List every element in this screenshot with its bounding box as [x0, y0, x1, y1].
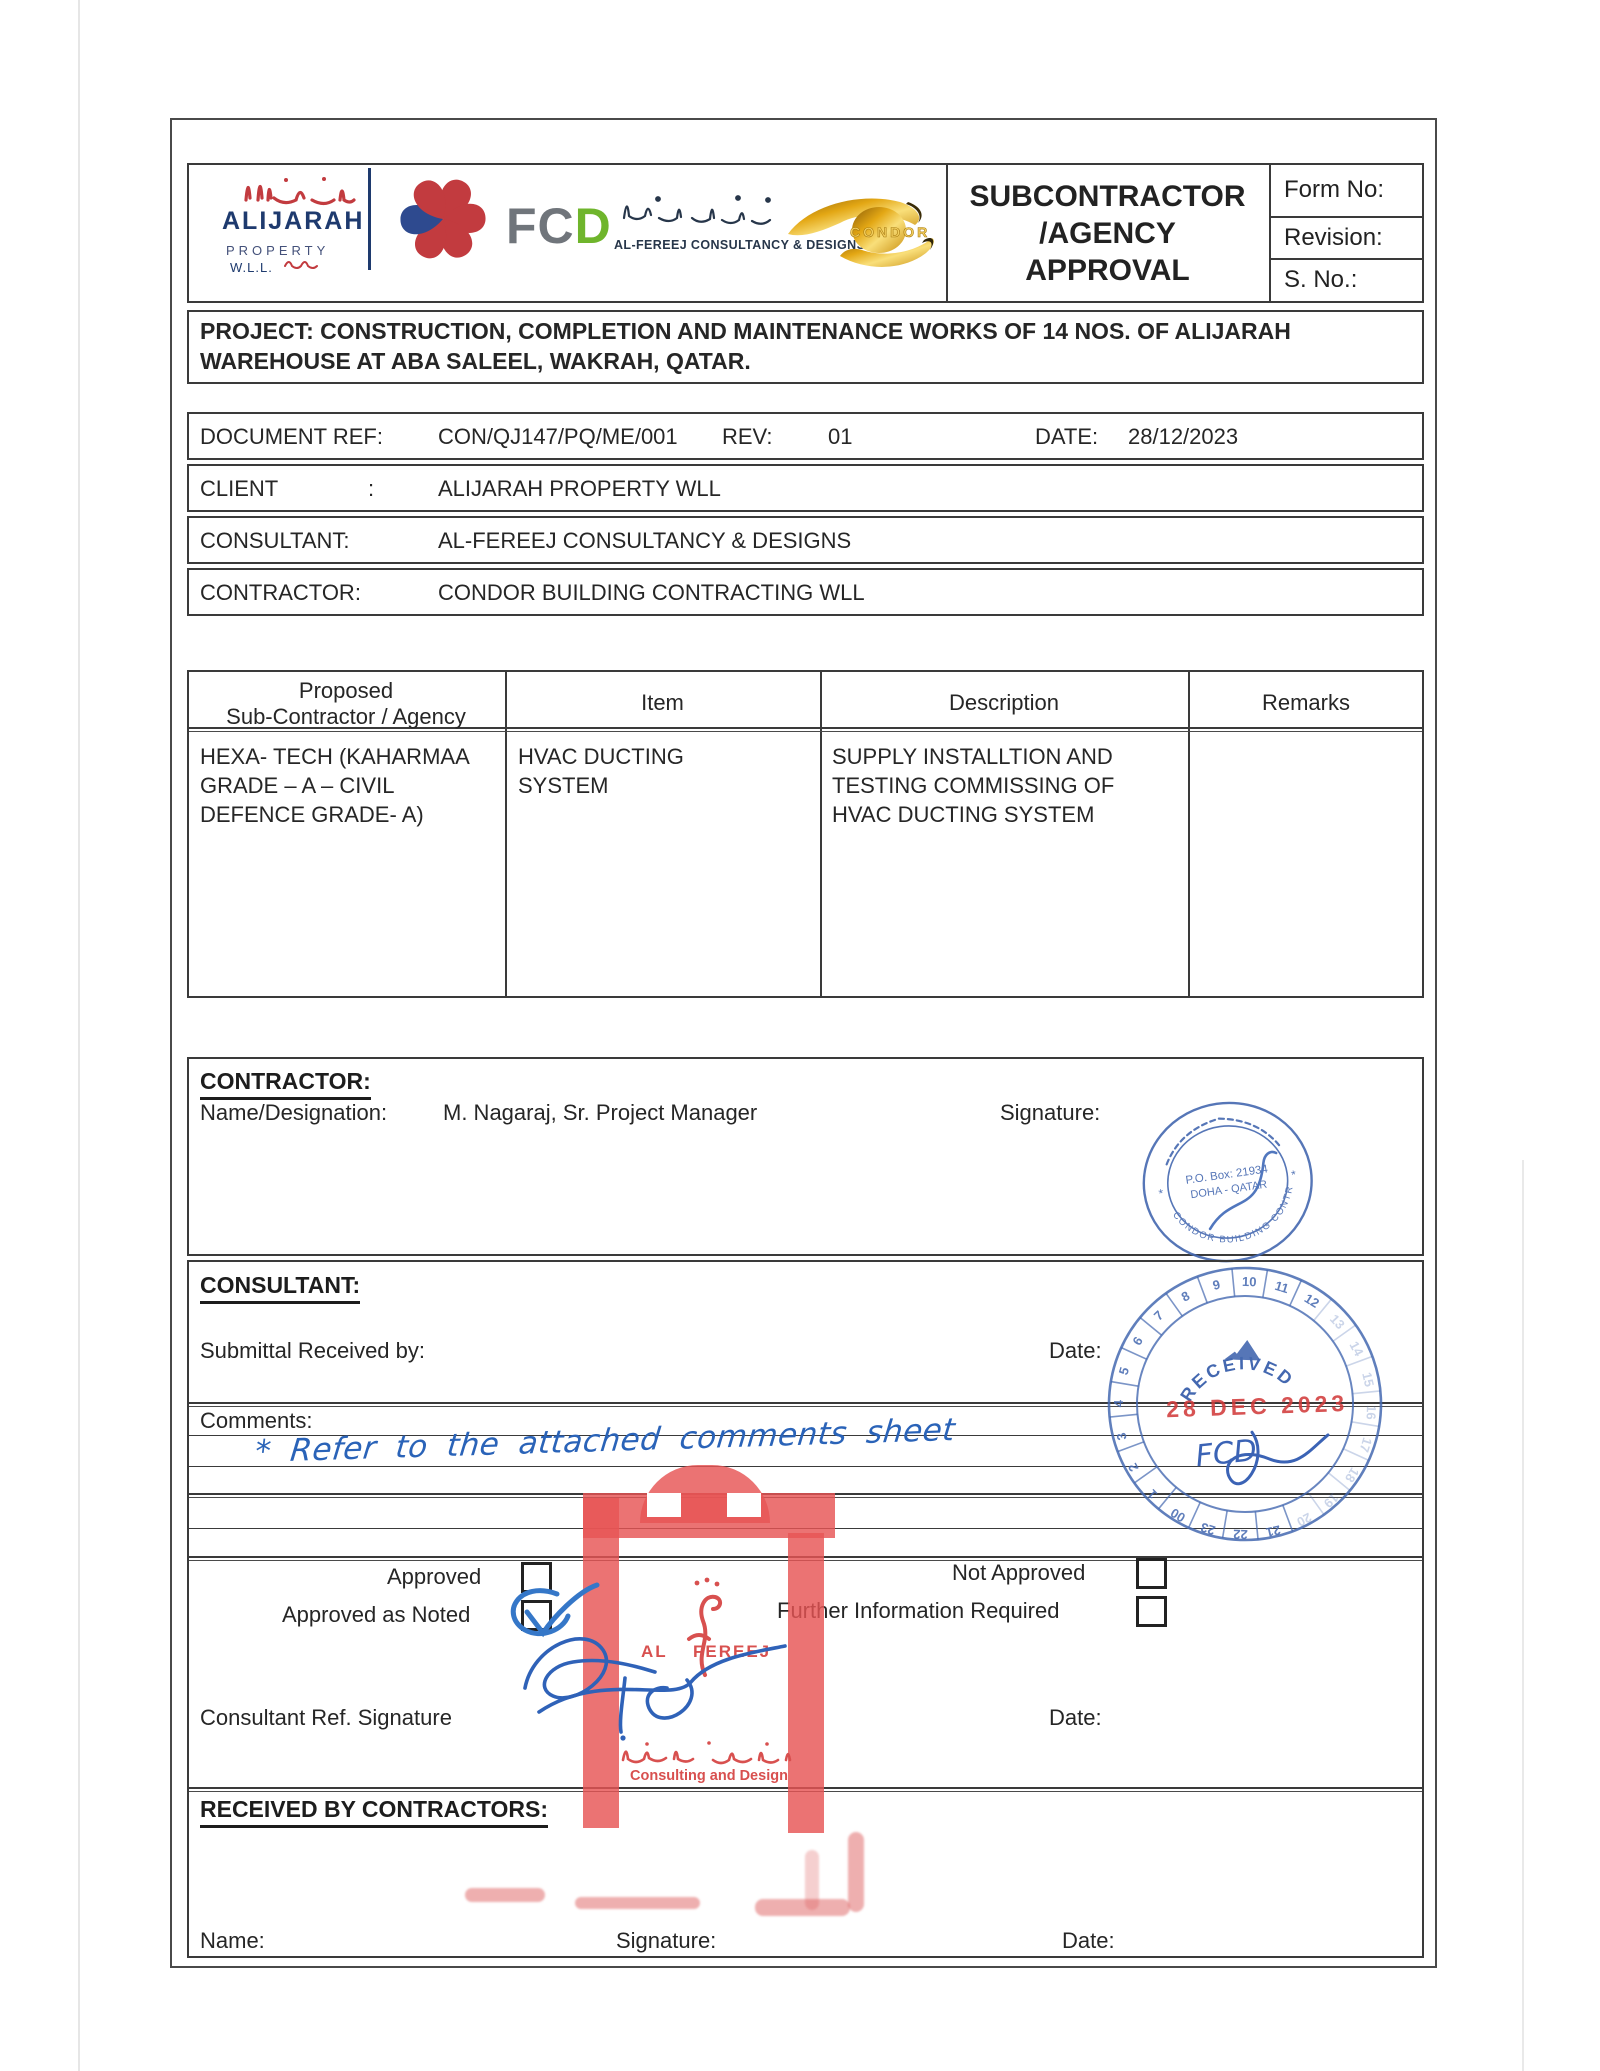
- table-header-proposed-line2: Sub-Contractor / Agency: [189, 704, 503, 730]
- svg-text:5: 5: [1116, 1365, 1132, 1376]
- consultant-signature-scribble: [505, 1608, 800, 1743]
- svg-text:23: 23: [1199, 1520, 1217, 1539]
- revision-label: Revision:: [1284, 224, 1383, 252]
- alijarah-wll-arabic-script: [282, 256, 324, 270]
- svg-text:4: 4: [1111, 1399, 1126, 1408]
- fereej-stamp-tagline: Consulting and Design: [609, 1768, 809, 1784]
- fereej-stamp-notch: [727, 1493, 761, 1517]
- bottom-date-label: Date:: [1062, 1928, 1115, 1954]
- svg-text:22: 22: [1233, 1527, 1248, 1542]
- fcd-arabic-script: [618, 190, 788, 228]
- client-colon: :: [368, 476, 374, 502]
- alijarah-logo-bar: [368, 168, 371, 270]
- submittal-date-label: Date:: [1049, 1338, 1102, 1364]
- table-header-item: Item: [507, 690, 818, 716]
- fcd-logo-letters: FCD: [506, 200, 612, 252]
- client-value: ALIJARAH PROPERTY WLL: [438, 476, 721, 502]
- not-approved-checkbox: [1136, 1558, 1167, 1589]
- approved-label: Approved: [387, 1564, 481, 1590]
- svg-text:12: 12: [1302, 1291, 1322, 1311]
- bottom-name-label: Name:: [200, 1928, 265, 1954]
- signature-label: Signature:: [1000, 1100, 1100, 1126]
- not-approved-label: Not Approved: [952, 1560, 1085, 1586]
- contractor-label: CONTRACTOR:: [200, 580, 361, 606]
- comments-label: Comments:: [200, 1408, 312, 1434]
- consultant-ref-signature-label: Consultant Ref. Signature: [200, 1705, 452, 1731]
- date-value: 28/12/2023: [1128, 424, 1238, 450]
- scan-artifact-line-left: [78, 0, 80, 2071]
- name-designation-value: M. Nagaraj, Sr. Project Manager: [443, 1100, 757, 1126]
- received-by-heading: RECEIVED BY CONTRACTORS:: [200, 1796, 548, 1828]
- svg-text:17: 17: [1357, 1436, 1376, 1454]
- table-header-remarks: Remarks: [1190, 690, 1422, 716]
- table-col-divider-2: [820, 672, 822, 996]
- scan-artifact-line-right: [1522, 1160, 1524, 2071]
- submittal-received-label: Submittal Received by:: [200, 1338, 425, 1364]
- client-label: CLIENT: [200, 476, 278, 502]
- svg-text:9: 9: [1211, 1277, 1221, 1293]
- alijarah-logo-wll: W.L.L.: [230, 255, 273, 281]
- stamp-smudge: [465, 1888, 545, 1902]
- condor-logo-text: CONDOR: [850, 224, 930, 240]
- name-designation-label: Name/Designation:: [200, 1100, 387, 1126]
- table-header-divider-2: [189, 731, 1422, 732]
- approved-as-noted-label: Approved as Noted: [282, 1602, 470, 1628]
- form-title-line3: APPROVAL: [1025, 252, 1189, 289]
- svg-text:6: 6: [1129, 1334, 1146, 1348]
- table-cell-item: HVAC DUCTING SYSTEM: [518, 742, 738, 800]
- svg-text:2: 2: [1125, 1461, 1142, 1474]
- received-stamp-date: 28 DEC 2023: [1166, 1390, 1349, 1422]
- contractor-section-heading: CONTRACTOR:: [200, 1068, 371, 1100]
- stamp-smudge: [805, 1850, 819, 1910]
- svg-text:7: 7: [1151, 1308, 1167, 1324]
- svg-text:*: *: [1290, 1167, 1297, 1182]
- svg-text:3: 3: [1113, 1431, 1129, 1441]
- table-col-divider-3: [1188, 672, 1190, 996]
- svg-text:8: 8: [1179, 1288, 1192, 1305]
- alijarah-arabic-script: [240, 170, 358, 206]
- contractor-value: CONDOR BUILDING CONTRACTING WLL: [438, 580, 865, 606]
- fcd-letter-c: C: [538, 198, 575, 254]
- svg-text:13: 13: [1327, 1311, 1348, 1332]
- s-no-label: S. No.:: [1284, 266, 1357, 294]
- svg-text:20: 20: [1294, 1510, 1314, 1530]
- scanned-form-page: ALIJARAH PROPERTY W.L.L. FCD AL-FEREEJ C…: [0, 0, 1600, 2071]
- table-header-description: Description: [822, 690, 1186, 716]
- header-divider-2: [1269, 165, 1271, 301]
- alijarah-logo-name: ALIJARAH: [222, 208, 364, 234]
- form-title-line1: SUBCONTRACTOR: [969, 178, 1245, 215]
- stamp-smudge: [755, 1899, 850, 1916]
- doc-ref-value: CON/QJ147/PQ/ME/001: [438, 424, 678, 450]
- svg-text:1: 1: [1144, 1487, 1160, 1503]
- form-no-label: Form No:: [1284, 176, 1384, 204]
- svg-text:11: 11: [1273, 1278, 1291, 1296]
- table-cell-proposed: HEXA- TECH (KAHARMAA GRADE – A – CIVIL D…: [200, 742, 492, 829]
- svg-text:14: 14: [1347, 1339, 1367, 1359]
- fcd-letter-d: D: [575, 198, 612, 254]
- svg-text:18: 18: [1342, 1465, 1362, 1485]
- table-cell-description: SUPPLY INSTALLTION AND TESTING COMMISSIN…: [832, 742, 1162, 829]
- svg-text:19: 19: [1321, 1490, 1342, 1511]
- stamp-smudge: [848, 1832, 864, 1912]
- rev-label: REV:: [722, 424, 773, 450]
- svg-text:15: 15: [1359, 1371, 1377, 1388]
- table-header-proposed-line1: Proposed: [189, 678, 503, 704]
- alijarah-flower-icon: [382, 156, 504, 280]
- project-line1: PROJECT: CONSTRUCTION, COMPLETION AND MA…: [200, 318, 1291, 344]
- stamp-smudge: [575, 1897, 700, 1909]
- consultant-section-heading: CONSULTANT:: [200, 1272, 360, 1304]
- consultant-date-label: Date:: [1049, 1705, 1102, 1731]
- fereej-stamp-notch: [647, 1493, 681, 1517]
- form-row-divider-2: [1269, 258, 1424, 260]
- contractor-round-stamp: ** P.O. Box: 21934 DOHA - QATAR CONDOR B…: [1127, 1086, 1329, 1281]
- svg-text:16: 16: [1364, 1405, 1379, 1420]
- doc-ref-label: DOCUMENT REF:: [200, 424, 383, 450]
- form-title: SUBCONTRACTOR /AGENCY APPROVAL: [946, 163, 1269, 303]
- svg-text:*: *: [1158, 1186, 1165, 1201]
- fcd-letter-f: F: [506, 198, 538, 254]
- svg-text:10: 10: [1242, 1274, 1257, 1289]
- date-label: DATE:: [1035, 424, 1098, 450]
- consultant-label: CONSULTANT:: [200, 528, 350, 554]
- further-info-checkbox: [1136, 1596, 1167, 1627]
- table-col-divider-1: [505, 672, 507, 996]
- received-round-stamp: 123456789101112131415161718192021222300 …: [1098, 1257, 1392, 1551]
- project-line2: WAREHOUSE AT ABA SALEEL, WAKRAH, QATAR.: [200, 348, 751, 374]
- svg-text:00: 00: [1168, 1505, 1188, 1525]
- form-row-divider-1: [1269, 216, 1424, 218]
- form-title-line2: /AGENCY: [1039, 215, 1176, 252]
- condor-logo: CONDOR: [782, 190, 947, 288]
- consultant-value: AL-FEREEJ CONSULTANCY & DESIGNS: [438, 528, 851, 554]
- rev-value: 01: [828, 424, 852, 450]
- fereej-stamp-lintel: [583, 1493, 835, 1538]
